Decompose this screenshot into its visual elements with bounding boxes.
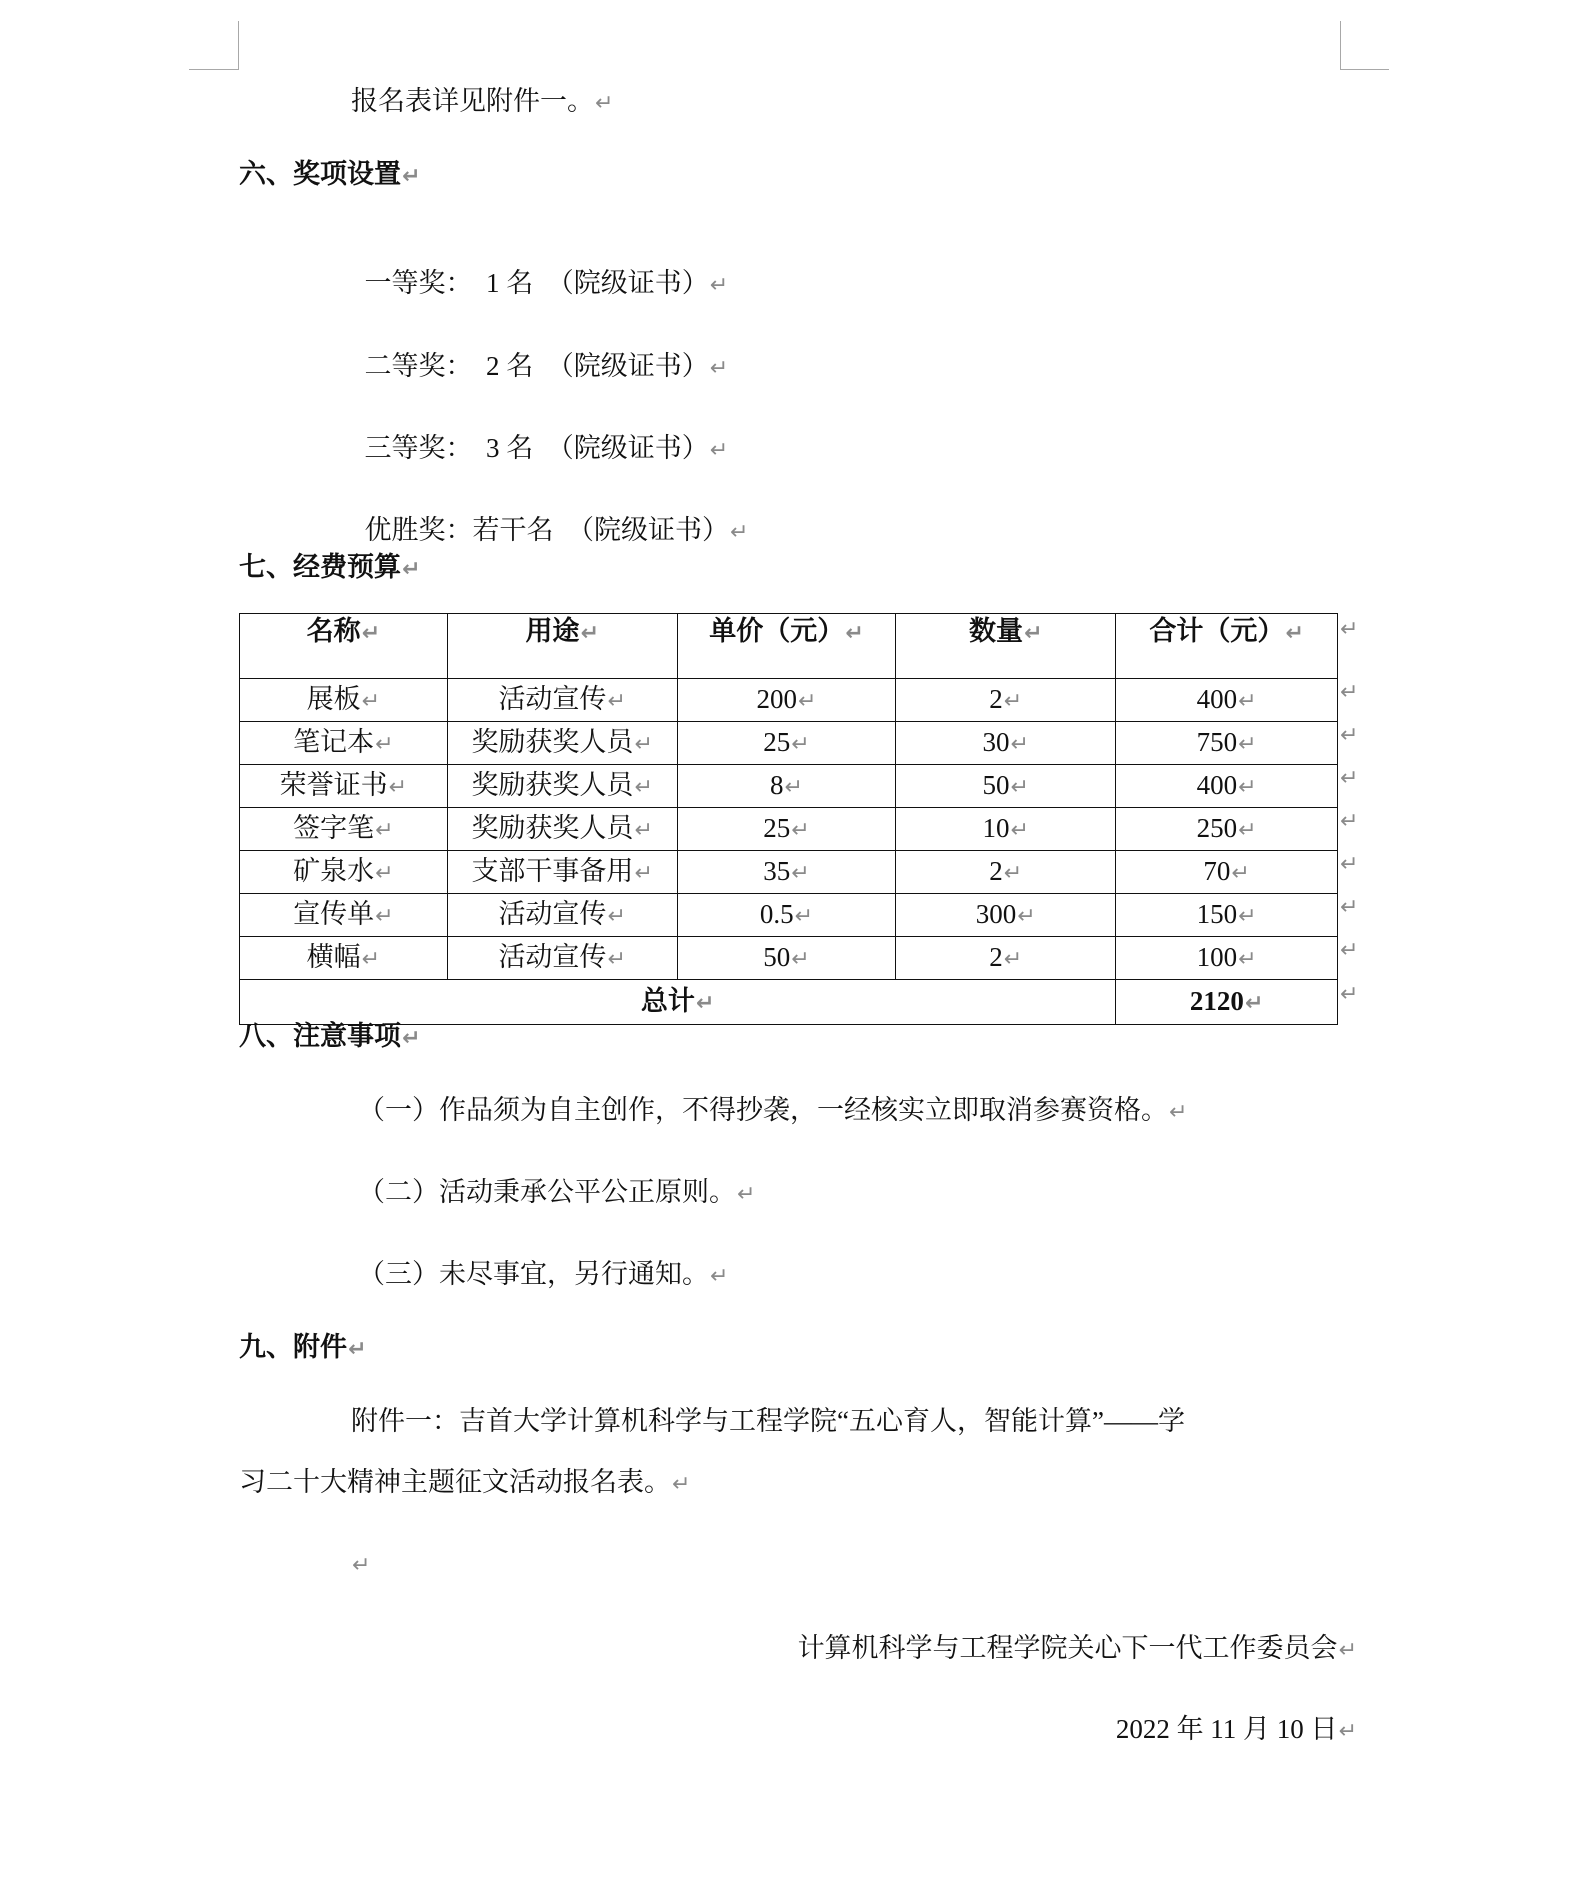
paragraph-mark-icon: ↵: [1339, 1638, 1357, 1663]
section-heading-budget: 七、经费预算↵: [239, 549, 420, 588]
paragraph-mark-icon: ↵: [352, 1553, 370, 1578]
table-row: 签字笔↵ 奖励获奖人员↵ 25↵ 10↵ 250↵: [240, 808, 1338, 851]
table-cell: 奖励获奖人员↵: [447, 765, 677, 808]
award-item: 二等奖： 2 名 （院级证书）↵: [351, 312, 728, 387]
row-end-mark-icon: ↵: [1340, 809, 1358, 834]
paragraph-mark-icon: ↵: [402, 1026, 420, 1051]
table-row: 展板↵ 活动宣传↵ 200↵ 2↵ 400↵: [240, 679, 1338, 722]
table-cell: 50↵: [677, 937, 896, 980]
table-cell: 150↵: [1116, 894, 1338, 937]
table-row: 宣传单↵ 活动宣传↵ 0.5↵ 300↵ 150↵: [240, 894, 1338, 937]
table-cell: 30↵: [896, 722, 1116, 765]
table-cell: 10↵: [896, 808, 1116, 851]
table-cell: 活动宣传↵: [447, 937, 677, 980]
signature-date: 2022 年 11 月 10 日↵: [1116, 1711, 1357, 1750]
table-cell: 200↵: [677, 679, 896, 722]
table-header-row: 名称↵ 用途↵ 单价（元）↵ 数量↵ 合计（元）↵: [240, 614, 1338, 679]
table-header-cell: 单价（元）↵: [677, 614, 896, 679]
table-cell: 奖励获奖人员↵: [447, 722, 677, 765]
table-row: 矿泉水↵ 支部干事备用↵ 35↵ 2↵ 70↵: [240, 851, 1338, 894]
table-cell: 宣传单↵: [240, 894, 448, 937]
award-item: 一等奖： 1 名 （院级证书）↵: [351, 229, 728, 304]
paragraph-mark-icon: ↵: [1339, 1719, 1357, 1744]
row-end-mark-icon: ↵: [1340, 895, 1358, 920]
total-value-cell: 2120↵: [1116, 980, 1338, 1025]
attachment-line: 附件一：吉首大学计算机科学与工程学院“五心育人，智能计算”——学: [351, 1403, 1185, 1439]
note-item: （一）作品须为自主创作，不得抄袭，一经核实立即取消参赛资格。↵: [358, 1092, 1187, 1131]
paragraph-mark-icon: ↵: [348, 1337, 366, 1362]
paragraph-mark-icon: ↵: [710, 356, 728, 381]
table-cell: 活动宣传↵: [447, 894, 677, 937]
empty-paragraph: ↵: [351, 1545, 370, 1584]
paragraph-mark-icon: ↵: [402, 164, 420, 189]
paragraph-mark-icon: ↵: [710, 438, 728, 463]
table-cell: 300↵: [896, 894, 1116, 937]
table-row: 笔记本↵ 奖励获奖人员↵ 25↵ 30↵ 750↵: [240, 722, 1338, 765]
table-cell: 0.5↵: [677, 894, 896, 937]
table-row: 荣誉证书↵ 奖励获奖人员↵ 8↵ 50↵ 400↵: [240, 765, 1338, 808]
paragraph-mark-icon: ↵: [710, 273, 728, 298]
paragraph-mark-icon: ↵: [737, 1182, 755, 1207]
table-cell: 2↵: [896, 851, 1116, 894]
note-item: （三）未尽事宜，另行通知。↵: [358, 1256, 728, 1295]
signature-organization: 计算机科学与工程学院关心下一代工作委员会↵: [798, 1630, 1357, 1669]
row-end-mark-icon: ↵: [1340, 938, 1358, 963]
paragraph-mark-icon: ↵: [595, 91, 613, 116]
paragraph-mark-icon: ↵: [1169, 1100, 1187, 1125]
table-cell: 750↵: [1116, 722, 1338, 765]
table-cell: 35↵: [677, 851, 896, 894]
paragraph-mark-icon: ↵: [402, 557, 420, 582]
section-heading-notes: 八、注意事项↵: [239, 1018, 420, 1057]
table-cell: 活动宣传↵: [447, 679, 677, 722]
table-cell: 矿泉水↵: [240, 851, 448, 894]
table-cell: 2↵: [896, 679, 1116, 722]
table-cell: 25↵: [677, 808, 896, 851]
paragraph-mark-icon: ↵: [730, 520, 748, 545]
table-cell: 荣誉证书↵: [240, 765, 448, 808]
budget-table: 名称↵ 用途↵ 单价（元）↵ 数量↵ 合计（元）↵ 展板↵ 活动宣传↵ 200↵…: [239, 613, 1338, 1025]
paragraph-mark-icon: ↵: [710, 1264, 728, 1289]
table-cell: 70↵: [1116, 851, 1338, 894]
table-cell: 奖励获奖人员↵: [447, 808, 677, 851]
table-cell: 横幅↵: [240, 937, 448, 980]
table-cell: 2↵: [896, 937, 1116, 980]
table-cell: 50↵: [896, 765, 1116, 808]
table-cell: 签字笔↵: [240, 808, 448, 851]
table-row: 横幅↵ 活动宣传↵ 50↵ 2↵ 100↵: [240, 937, 1338, 980]
crop-mark-top-right: [1340, 21, 1389, 70]
crop-mark-top-left: [189, 21, 239, 70]
row-end-mark-icon: ↵: [1340, 680, 1358, 705]
table-cell: 100↵: [1116, 937, 1338, 980]
table-header-cell: 数量↵: [896, 614, 1116, 679]
section-heading-attachments: 九、附件↵: [239, 1329, 366, 1368]
row-end-mark-icon: ↵: [1340, 766, 1358, 791]
section-heading-awards: 六、奖项设置↵: [239, 156, 420, 195]
table-cell: 25↵: [677, 722, 896, 765]
row-end-mark-icon: ↵: [1340, 852, 1358, 877]
row-end-mark-icon: ↵: [1340, 617, 1358, 642]
table-header-cell: 用途↵: [447, 614, 677, 679]
intro-line: 报名表详见附件一。↵: [351, 83, 613, 122]
table-cell: 250↵: [1116, 808, 1338, 851]
table-cell: 400↵: [1116, 679, 1338, 722]
row-end-mark-icon: ↵: [1340, 723, 1358, 748]
table-header-cell: 合计（元）↵: [1116, 614, 1338, 679]
paragraph-mark-icon: ↵: [672, 1472, 690, 1497]
table-cell: 支部干事备用↵: [447, 851, 677, 894]
table-cell: 8↵: [677, 765, 896, 808]
row-end-mark-icon: ↵: [1340, 982, 1358, 1007]
table-cell: 笔记本↵: [240, 722, 448, 765]
table-header-cell: 名称↵: [240, 614, 448, 679]
attachment-line-continued: 习二十大精神主题征文活动报名表。↵: [239, 1464, 690, 1503]
table-cell: 展板↵: [240, 679, 448, 722]
award-item: 优胜奖：若干名 （院级证书）↵: [351, 476, 748, 551]
note-item: （二）活动秉承公平公正原则。↵: [358, 1174, 755, 1213]
table-cell: 400↵: [1116, 765, 1338, 808]
award-item: 三等奖： 3 名 （院级证书）↵: [351, 394, 728, 469]
